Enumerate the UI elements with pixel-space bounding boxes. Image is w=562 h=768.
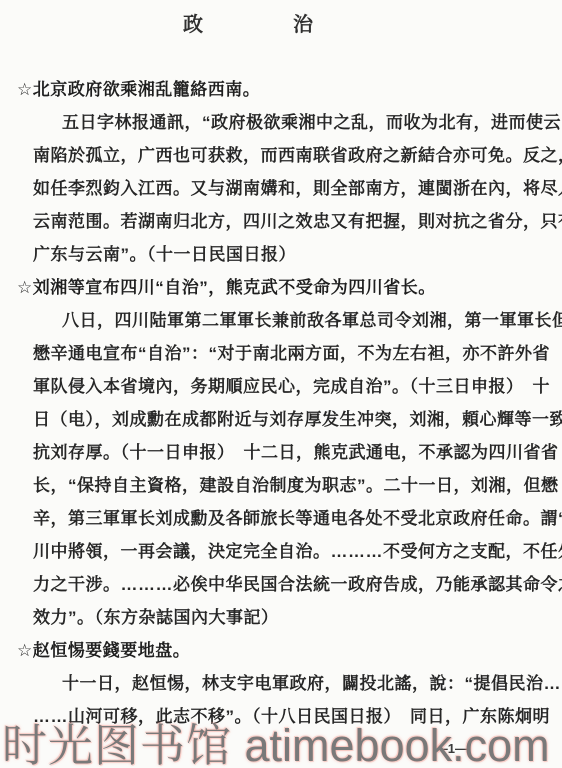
section-heading: ☆北京政府欲乘湘乱籠絡西南。 bbox=[0, 73, 562, 106]
watermark-site-text: atimebook.com bbox=[232, 720, 550, 768]
text-line: 南陷於孤立，广西也可获救，而西南联省政府之新結合亦可免。反之， bbox=[0, 139, 562, 172]
text-line: 力之干涉。………必俟中华民国合法統一政府告成，乃能承認其命令之 bbox=[0, 568, 562, 601]
text-line: 軍队侵入本省境內，务期順应民心，完成自治”。（十三日申报） 十 bbox=[0, 370, 562, 403]
document-body: ☆北京政府欲乘湘乱籠絡西南。 五日字林报通訊，“政府极欲乘湘中之乱，而收为北有，… bbox=[0, 73, 562, 733]
text-line: 辛，第三軍軍长刘成勳及各師旅长等通电各处不受北京政府任命。謂“ bbox=[0, 502, 562, 535]
page-title: 政治 bbox=[183, 8, 403, 37]
text-line: 川中將領，一再会議，決定完全自治。………不受何方之支配，不任外 bbox=[0, 535, 562, 568]
text-line: 如任李烈鈞入江西。又与湖南媾和，則全部南方，連閩浙在內，将尽入 bbox=[0, 172, 562, 205]
text-line: 效力”。（东方杂誌国內大事記） bbox=[0, 601, 562, 634]
section-heading: ☆赵恒惕要錢要地盘。 bbox=[0, 634, 562, 667]
text-line: 八日，四川陆軍第二軍軍长兼前敌各軍总司令刘湘，第一軍軍长但 bbox=[0, 304, 562, 337]
text-line: 日（电），刘成勳在成都附近与刘存厚发生冲突，刘湘，頼心輝等一致 bbox=[0, 403, 562, 436]
text-line: 十一日，赵恒惕，林支宇电軍政府，闢投北謠，說：“提倡民治… bbox=[0, 667, 562, 700]
watermark-cn-text: 时光图书馆 bbox=[2, 720, 232, 768]
text-line: 抗刘存厚。（十一日申报） 十二日，熊克武通电，不承認为四川省省 bbox=[0, 436, 562, 469]
text-line: 五日字林报通訊，“政府极欲乘湘中之乱，而收为北有，进而使云 bbox=[0, 106, 562, 139]
watermark: 时光图书馆 atimebook.com bbox=[2, 709, 550, 768]
document-page: 政治 ☆北京政府欲乘湘乱籠絡西南。 五日字林报通訊，“政府极欲乘湘中之乱，而收为… bbox=[0, 0, 562, 768]
text-line: 广东与云南”。（十一日民国日报） bbox=[0, 238, 562, 271]
section-heading: ☆刘湘等宣布四川“自治”，熊克武不受命为四川省长。 bbox=[0, 271, 562, 304]
text-line: 懋辛通电宣布“自治”：“对于南北兩方面，不为左右袒，亦不許外省 bbox=[0, 337, 562, 370]
text-line: 长，“保持自主資格，建設自治制度为职志”。二十一日，刘湘，但懋 bbox=[0, 469, 562, 502]
text-line: 云南范围。若湖南归北方，四川之效忠又有把握，則对抗之省分，只有 bbox=[0, 205, 562, 238]
